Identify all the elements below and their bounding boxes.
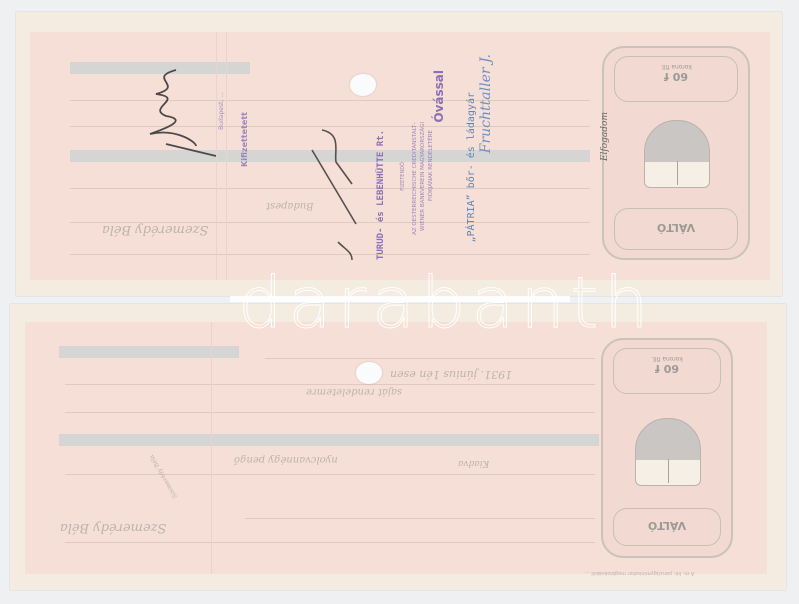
fold-line xyxy=(211,322,212,574)
revenue-stamp: 60 f korona fill. VÁLTÓ xyxy=(602,46,750,260)
coat-of-arms-icon xyxy=(635,418,701,486)
rule-line xyxy=(265,358,595,359)
coat-of-arms-icon xyxy=(644,120,710,188)
stamp-value: 60 f korona fill. xyxy=(615,63,737,83)
punch-hole xyxy=(356,362,382,384)
bill-top: 60 f korona fill. VÁLTÓ Óvással „PÁTRIA”… xyxy=(16,12,782,296)
handwritten-signature: Szemerédy Béla xyxy=(60,520,166,535)
stamp-value-box: 60 f korona fill. xyxy=(613,348,721,394)
rule-line xyxy=(245,518,595,519)
stamp-label: VÁLTÓ xyxy=(614,519,720,532)
printed-footer: A m. kir. pénzügyminiszter megbízásából … xyxy=(585,570,694,576)
handwritten-text: 1931. június 1én esen xyxy=(390,368,512,381)
watermark: darabanth xyxy=(238,262,655,344)
ovassal-stamp: Óvással xyxy=(432,70,446,123)
signature-center xyxy=(312,112,372,262)
printed-band xyxy=(59,346,239,358)
bank-stamp-header: FIZETENDŐ xyxy=(400,162,406,191)
handwritten-text: Budapest xyxy=(266,200,314,211)
rule-line xyxy=(65,412,595,413)
handwritten-text: nyolcvannégy pengő xyxy=(234,454,338,465)
paid-stamp: Kifizettetett xyxy=(240,112,249,167)
rule-line xyxy=(65,384,595,385)
punch-hole xyxy=(350,74,376,96)
rule-line xyxy=(65,542,595,543)
acceptance-note: Elfogadom xyxy=(600,112,610,161)
bill-bottom: 60 f korona fill. VÁLTÓ 1931. június 1én… xyxy=(10,304,786,590)
bank-stamp-line: AZ OESTERREICHISCHE CREDITANSTALT– xyxy=(412,122,418,235)
stamp-label-box: VÁLTÓ xyxy=(614,208,738,250)
bank-stamp-line: WIENER BANKVEREIN MAGYARORSZÁGI xyxy=(420,122,426,231)
stamp-value: 60 f korona fill. xyxy=(614,355,720,375)
fold-line xyxy=(226,32,227,280)
revenue-stamp: 60 f korona fill. VÁLTÓ xyxy=(601,338,733,558)
rule-line xyxy=(65,474,595,475)
signature-patria: Fruchttaller J. xyxy=(478,54,494,153)
bank-stamp-line: FIÓKJÁNAK RENDELETÉRE xyxy=(428,130,434,201)
signature-left xyxy=(136,68,226,158)
handwritten-text: Kiadva xyxy=(458,458,489,468)
printed-band xyxy=(59,434,599,446)
handwritten-text: saját rendeletemre xyxy=(306,386,402,397)
company-stamp: TURUD- és LEBENHÜTTE Rt. xyxy=(376,130,386,260)
handwritten-text: Szemerédy Béla xyxy=(102,222,208,237)
stamp-label: VÁLTÓ xyxy=(615,221,737,234)
patria-stamp: „PÁTRIA” bőr- és ládagyár xyxy=(466,92,477,243)
stamp-label-box: VÁLTÓ xyxy=(613,508,721,546)
stamp-value-box: 60 f korona fill. xyxy=(614,56,738,102)
bill-bottom-printed-area: 60 f korona fill. VÁLTÓ xyxy=(25,322,767,574)
